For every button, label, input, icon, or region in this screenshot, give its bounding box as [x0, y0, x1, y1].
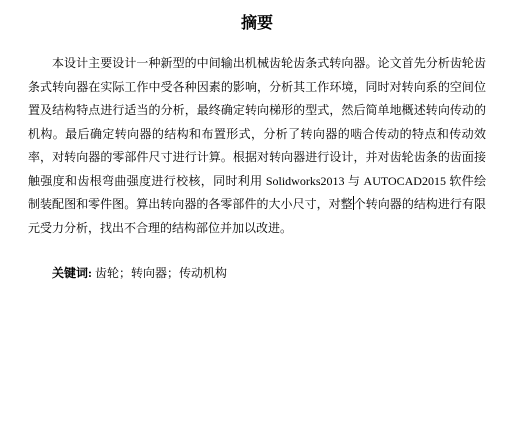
abstract-text-before-caret: 本设计主要设计一种新型的中间输出机械齿轮齿条式转向器。论文首先分析齿轮齿条式转向… [28, 56, 486, 211]
abstract-paragraph[interactable]: 本设计主要设计一种新型的中间输出机械齿轮齿条式转向器。论文首先分析齿轮齿条式转向… [28, 52, 486, 240]
abstract-title[interactable]: 摘要 [28, 13, 486, 35]
keywords-label: 关键词: [52, 266, 92, 280]
keywords-value: 齿轮；转向器；传动机构 [95, 266, 227, 280]
document-page: 摘要 本设计主要设计一种新型的中间输出机械齿轮齿条式转向器。论文首先分析齿轮齿条… [0, 0, 511, 425]
keywords-line[interactable]: 关键词: 齿轮；转向器；传动机构 [28, 262, 486, 286]
